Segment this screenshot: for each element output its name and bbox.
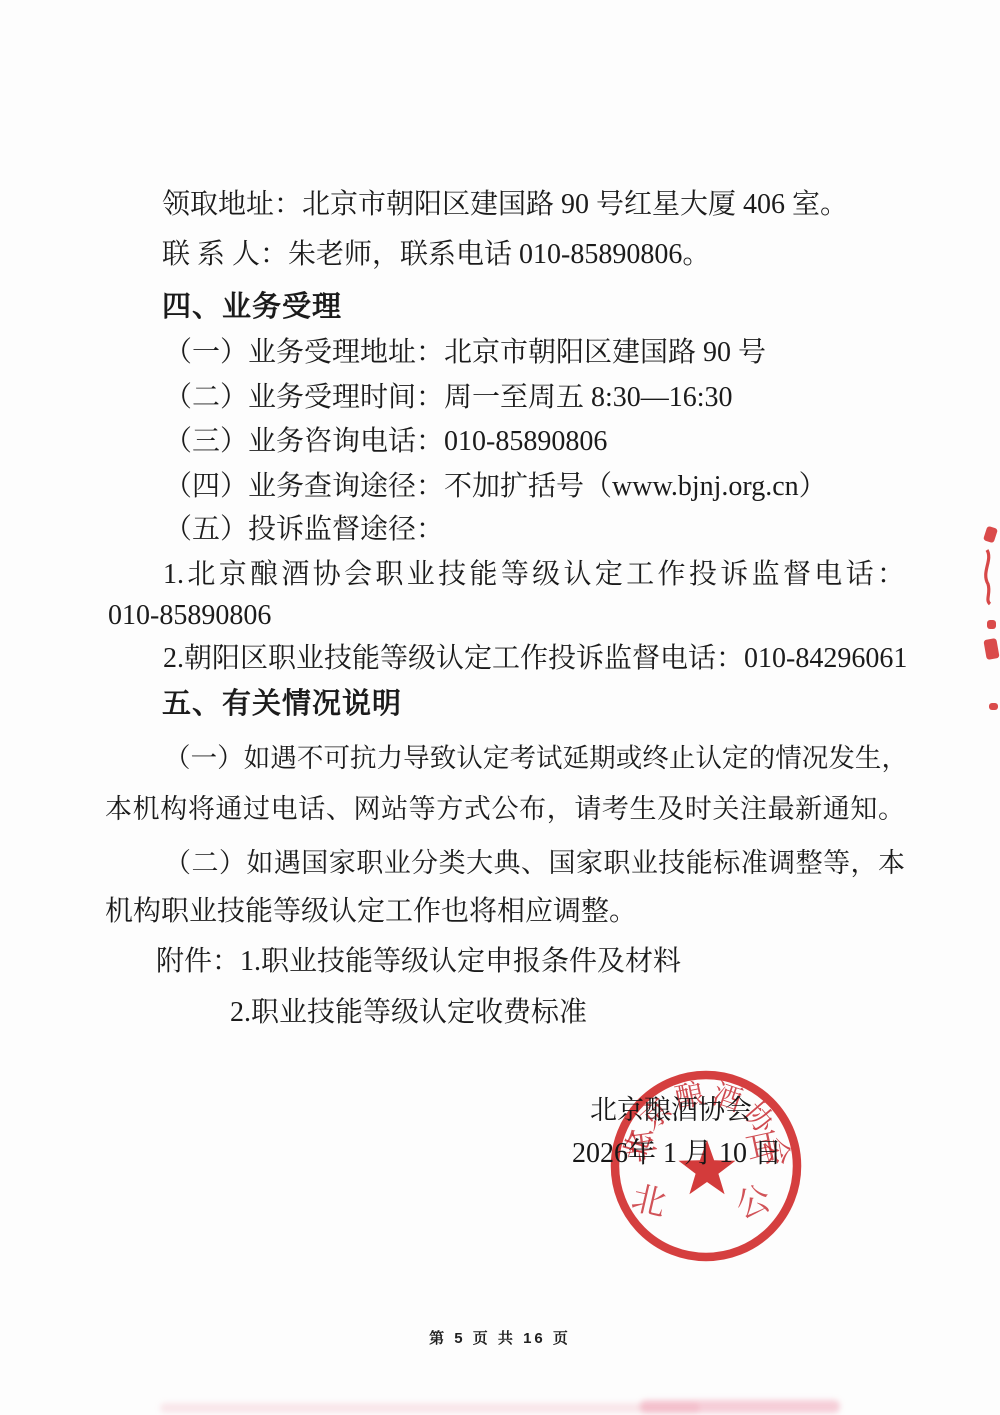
line-note-1b: 本机构将通过电话、网站等方式公布，请考生及时关注最新通知。 — [105, 793, 905, 825]
line-note-2b: 机构职业技能等级认定工作也将相应调整。 — [105, 895, 637, 929]
page-smudge-1 — [160, 1403, 700, 1413]
line-complaint-2: 2.朝阳区职业技能等级认定工作投诉监督电话：010-84296061 — [163, 642, 907, 676]
section-heading-four: 四、业务受理 — [162, 290, 342, 325]
scan-artifact-4 — [983, 638, 999, 660]
line-contact-person: 联 系 人：朱老师，联系电话 010-85890806。 — [162, 238, 710, 272]
line-attachment-1: 附件：1.职业技能等级认定申报条件及材料 — [156, 945, 681, 979]
seal-fragment-4: 公 — [731, 1180, 775, 1226]
line-item-accept-time: （二）业务受理时间：周一至周五 8:30—16:30 — [164, 381, 733, 415]
section-heading-five: 五、有关情况说明 — [162, 687, 402, 722]
line-complaint-1: 1.北京酿酒协会职业技能等级认定工作投诉监督电话： — [163, 558, 905, 592]
scan-artifact-5 — [989, 703, 998, 710]
line-complaint-1-phone: 010-85890806 — [108, 599, 271, 633]
line-receive-address: 领取地址：北京市朝阳区建国路 90 号红星大厦 406 室。 — [162, 188, 848, 222]
seal-fragment-3: 北 — [628, 1180, 669, 1224]
line-attachment-2: 2.职业技能等级认定收费标准 — [230, 996, 587, 1030]
line-note-2a: （二）如遇国家职业分类大典、国家职业技能标准调整等，本 — [164, 847, 905, 879]
signature-org: 北京酿酒协会 — [590, 1088, 752, 1127]
page-number: 第 5 页 共 16 页 — [0, 1327, 1000, 1348]
line-item-consult-phone: （三）业务咨询电话：010-85890806 — [164, 425, 607, 459]
scan-artifact-1 — [983, 526, 998, 544]
page-smudge-2 — [640, 1400, 840, 1413]
line-note-1a: （一）如遇不可抗力导致认定考试延期或终止认定的情况发生， — [164, 743, 908, 775]
scan-artifact-2 — [977, 548, 1000, 606]
document-page: 领取地址：北京市朝阳区建国路 90 号红星大厦 406 室。 联 系 人：朱老师… — [0, 0, 1000, 1415]
line-item-accept-address: （一）业务受理地址：北京市朝阳区建国路 90 号 — [164, 336, 766, 370]
signature-date: 2026年 1 月 10 日 — [572, 1131, 782, 1171]
scan-artifact-3 — [987, 620, 996, 629]
line-item-query-channel: （四）业务查询途径：不加扩括号（www.bjnj.org.cn） — [164, 470, 827, 504]
line-item-complaint-channel: （五）投诉监督途径： — [164, 513, 444, 547]
